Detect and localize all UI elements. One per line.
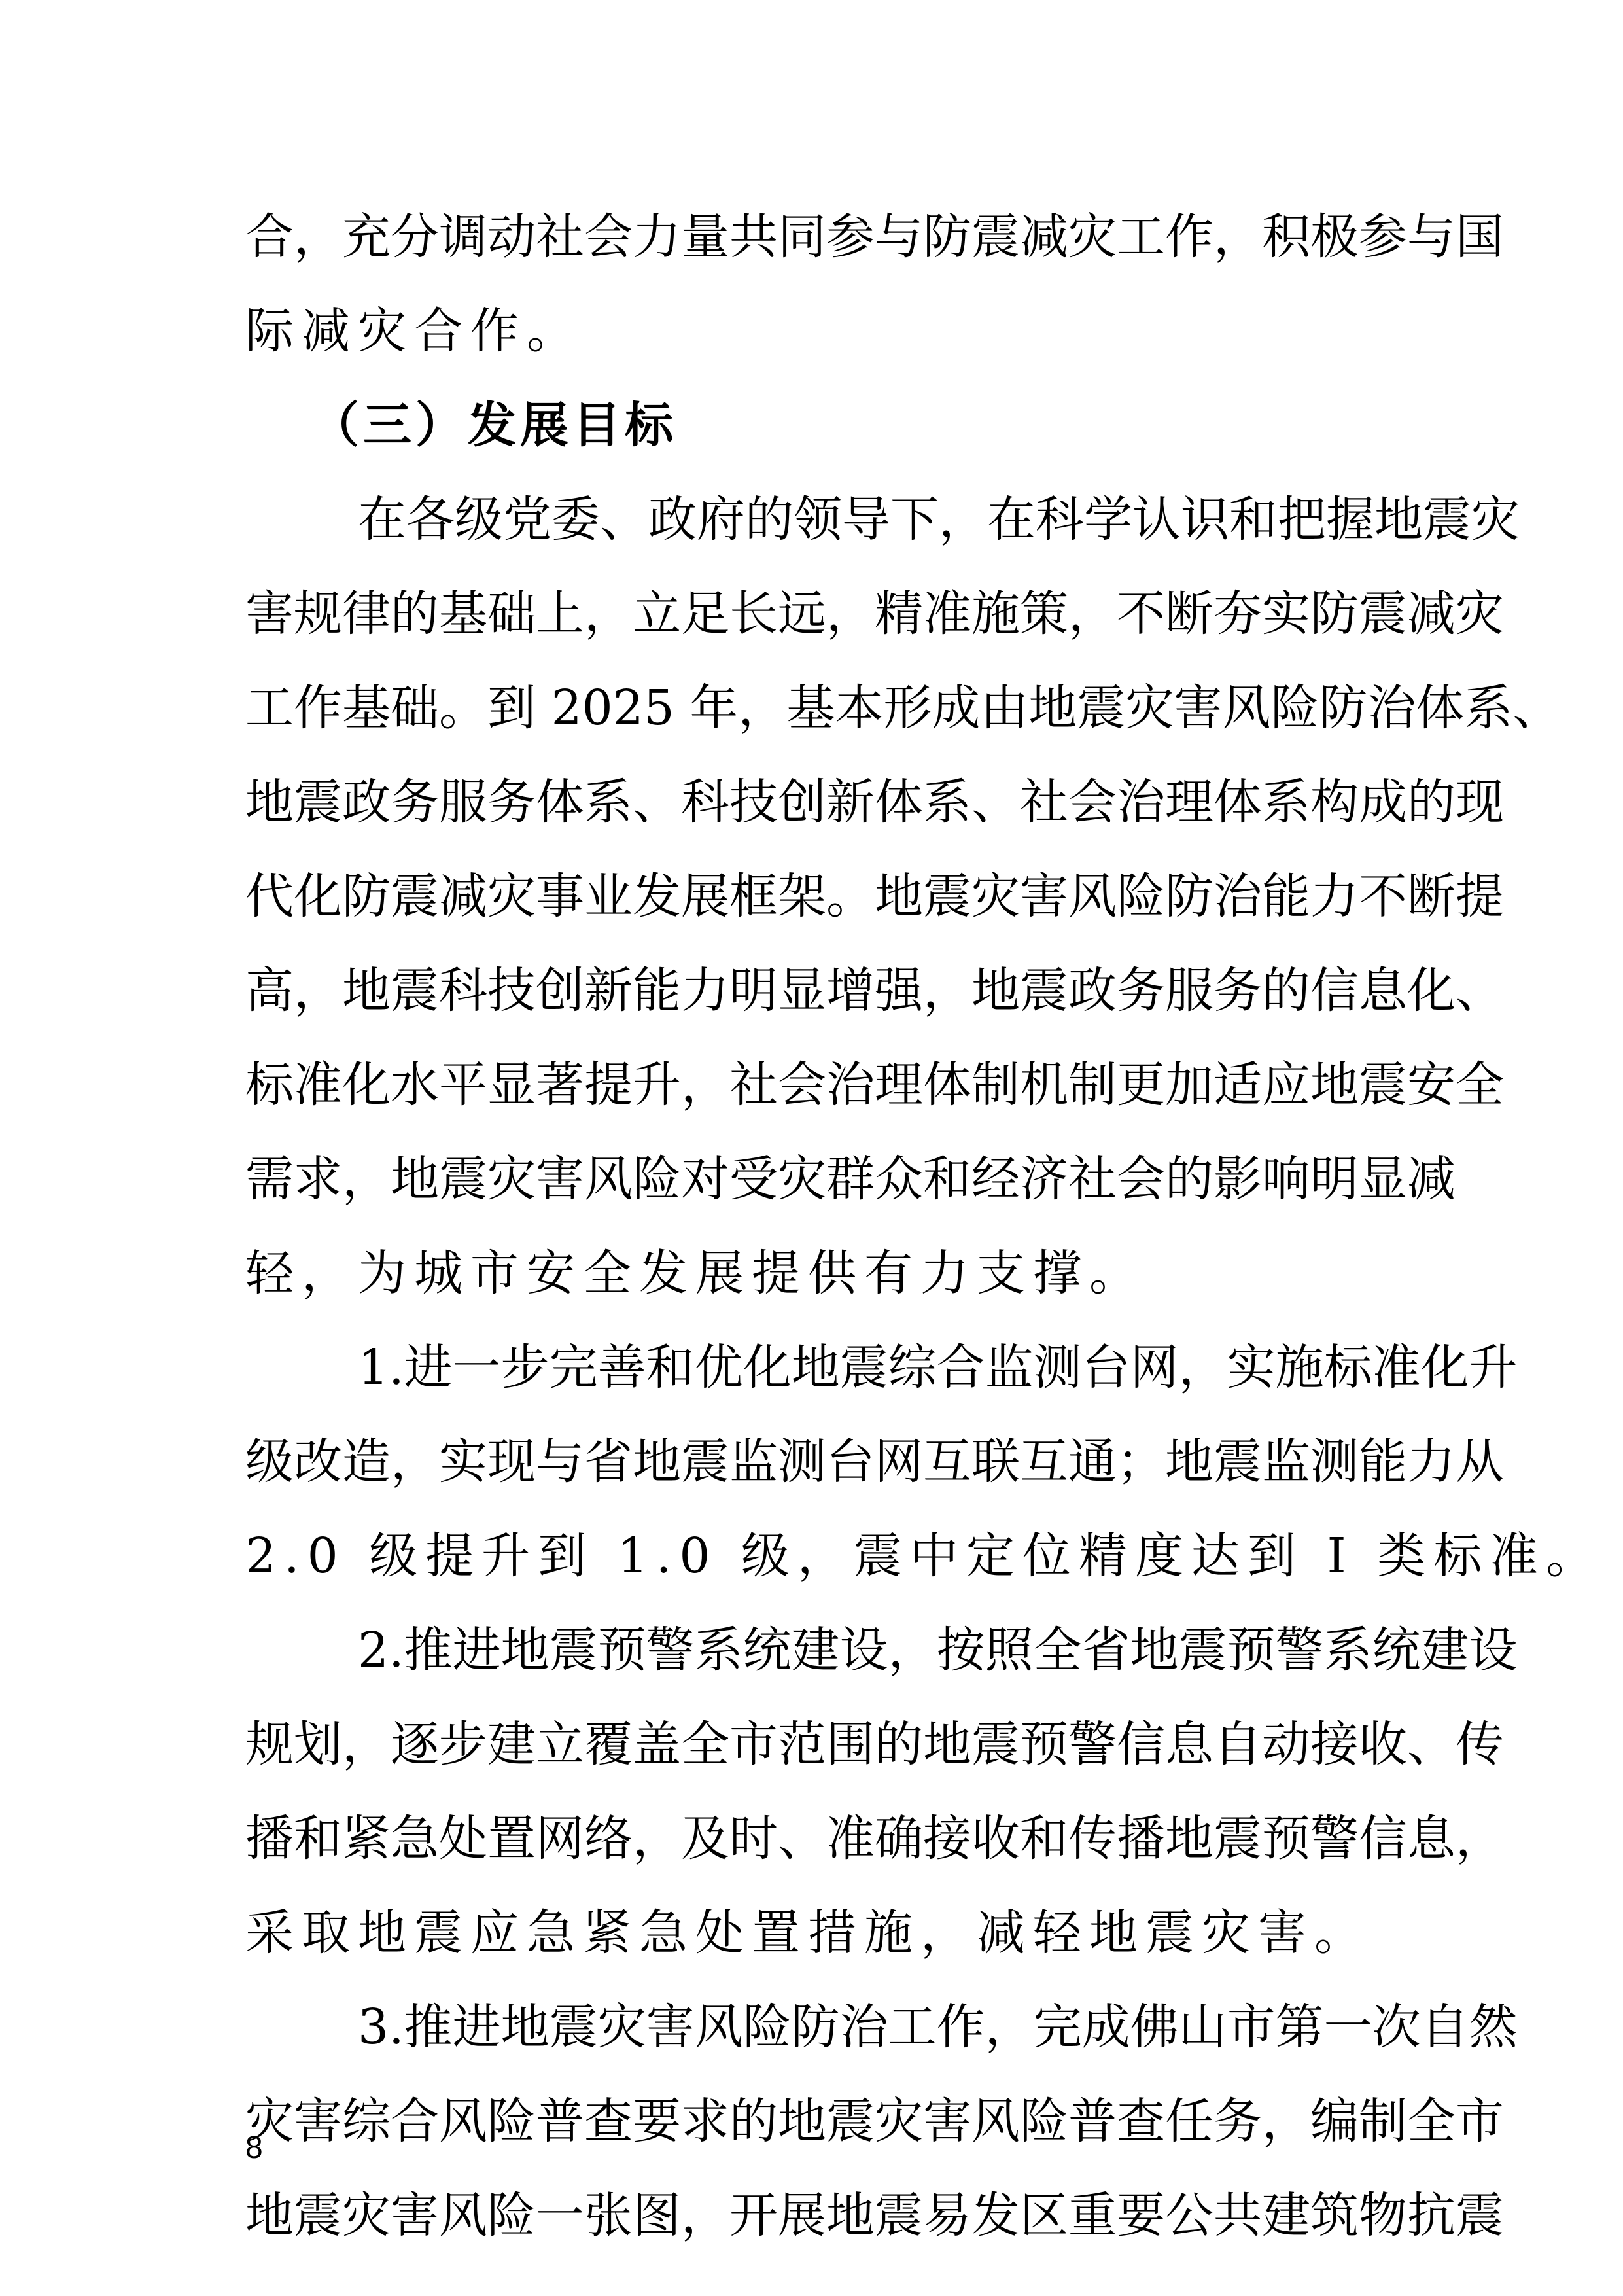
text-line: 工作基础。到 2025 年，基本形成由地震灾害风险防治体系、 (245, 661, 1372, 755)
list-item-2: 2.推进地震预警系统建设，按照全省地震预警系统建设 规划，逐步建立覆盖全市范围的… (245, 1603, 1372, 1980)
list-item-1: 1.进一步完善和优化地震综合监测台网，实施标准化升 级改造，实现与省地震监测台网… (245, 1320, 1372, 1603)
text-line: 在各级党委、政府的领导下，在科学认识和把握地震灾 (245, 472, 1372, 567)
paragraph-continuation: 合，充分调动社会力量共同参与防震减灾工作，积极参与国 际减灾合作。 (245, 190, 1372, 378)
text-line: 2.推进地震预警系统建设，按照全省地震预警系统建设 (245, 1603, 1372, 1697)
text-line: 规划，逐步建立覆盖全市范围的地震预警信息自动接收、传 (245, 1697, 1372, 1792)
text-line: 需求，地震灾害风险对受灾群众和经济社会的影响明显减 (245, 1132, 1372, 1226)
text-line: 灾害综合风险普查要求的地震灾害风险普查任务，编制全市 (245, 2074, 1372, 2168)
document-page: 合，充分调动社会力量共同参与防震减灾工作，积极参与国 际减灾合作。 （三）发展目… (245, 190, 1372, 2263)
text-line: 际减灾合作。 (245, 284, 1372, 378)
text-line: 高，地震科技创新能力明显增强，地震政务服务的信息化、 (245, 944, 1372, 1038)
paragraph-goals-intro: 在各级党委、政府的领导下，在科学认识和把握地震灾 害规律的基础上，立足长远，精准… (245, 472, 1372, 1320)
text-line: 害规律的基础上，立足长远，精准施策，不断夯实防震减灾 (245, 567, 1372, 661)
text-line: 合，充分调动社会力量共同参与防震减灾工作，积极参与国 (245, 190, 1372, 284)
section-heading: （三）发展目标 (245, 378, 1372, 472)
text-line: 级改造，实现与省地震监测台网互联互通；地震监测能力从 (245, 1415, 1372, 1509)
text-line: 1.进一步完善和优化地震综合监测台网，实施标准化升 (245, 1320, 1372, 1415)
text-line: 采取地震应急紧急处置措施，减轻地震灾害。 (245, 1886, 1372, 1980)
text-line: 播和紧急处置网络，及时、准确接收和传播地震预警信息， (245, 1792, 1372, 1886)
page-number: 8 (245, 2130, 263, 2166)
text-line: 2.0 级提升到 1.0 级，震中定位精度达到 I 类标准。 (245, 1509, 1372, 1603)
text-line: 标准化水平显著提升，社会治理体制机制更加适应地震安全 (245, 1038, 1372, 1132)
text-line: 地震灾害风险一张图，开展地震易发区重要公共建筑物抗震 (245, 2168, 1372, 2263)
text-line: 轻，为城市安全发展提供有力支撑。 (245, 1226, 1372, 1320)
text-line: 地震政务服务体系、科技创新体系、社会治理体系构成的现 (245, 755, 1372, 849)
text-line: 代化防震减灾事业发展框架。地震灾害风险防治能力不断提 (245, 849, 1372, 944)
list-item-3: 3.推进地震灾害风险防治工作，完成佛山市第一次自然 灾害综合风险普查要求的地震灾… (245, 1980, 1372, 2263)
text-line: 3.推进地震灾害风险防治工作，完成佛山市第一次自然 (245, 1980, 1372, 2074)
